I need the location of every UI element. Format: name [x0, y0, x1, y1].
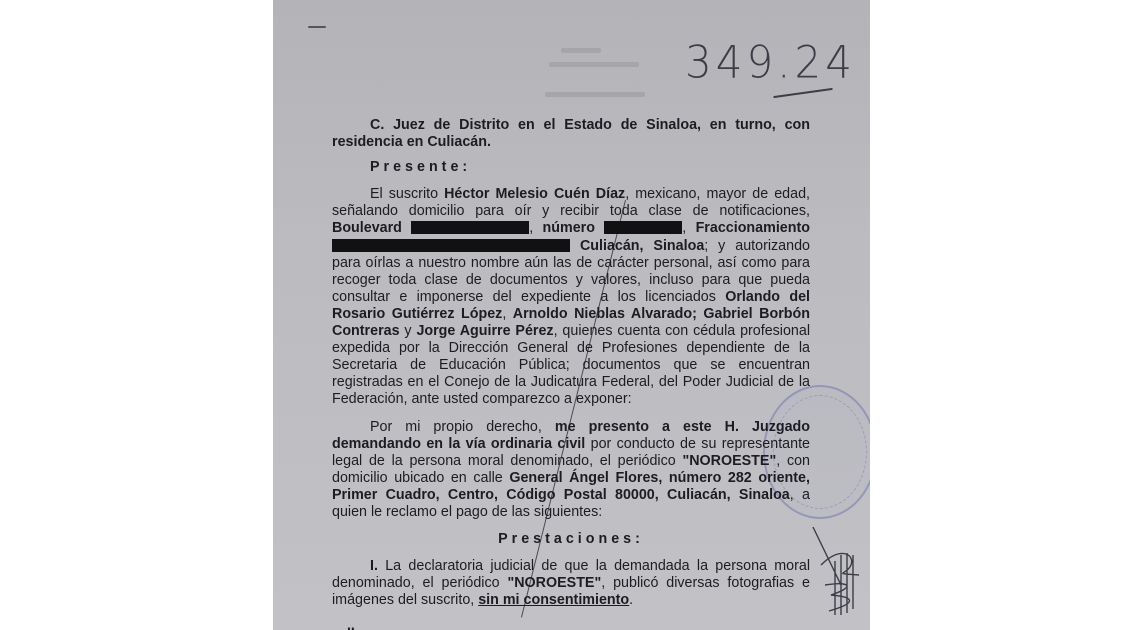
- handwritten-file-number: 349.24: [685, 37, 856, 88]
- redacted-block: [604, 221, 682, 234]
- paragraph-demand: Por mi propio derecho, me presento a est…: [332, 419, 810, 522]
- prestacion-item-1: I. La declaratoria judicial de que la de…: [332, 558, 810, 609]
- signature-mark: [811, 525, 863, 617]
- document-body: C. Juez de Distrito en el Estado de Sina…: [332, 117, 810, 619]
- presente-heading: Presente:: [332, 159, 810, 176]
- scanned-document-page: 349.24 C. Juez de Distrito en el Estado …: [273, 0, 870, 630]
- redacted-block: [332, 239, 570, 252]
- addressee: C. Juez de Distrito en el Estado de Sina…: [332, 117, 810, 151]
- prestacion-item-2-cut: II.: [347, 624, 807, 630]
- margin-mark: [308, 26, 326, 28]
- faint-reception-stamp: [531, 40, 661, 110]
- prestaciones-heading: Prestaciones:: [332, 531, 810, 548]
- redacted-block: [411, 221, 529, 234]
- handwritten-underline: [773, 88, 833, 98]
- paragraph-identification: El suscrito Héctor Melesio Cuén Díaz, me…: [332, 186, 810, 408]
